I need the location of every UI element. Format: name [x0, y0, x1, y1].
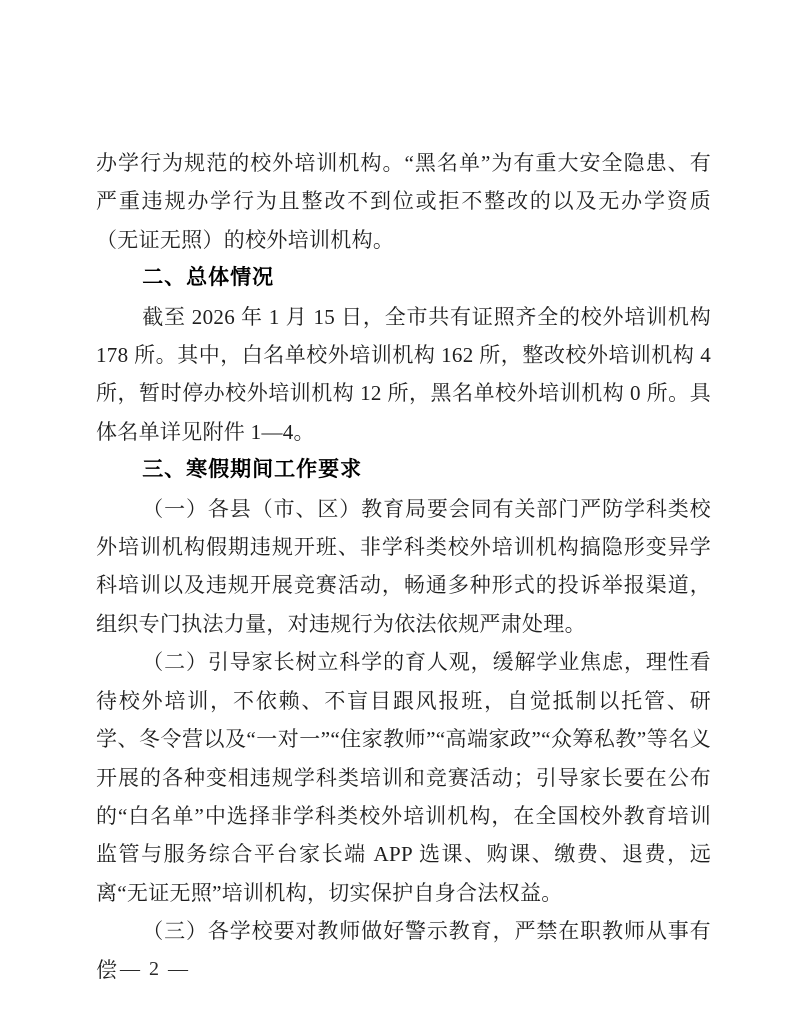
document-body: 办学行为规范的校外培训机构。“黑名单”为有重大安全隐患、有严重违规办学行为且整改… [96, 144, 711, 989]
paragraph-continuation: 办学行为规范的校外培训机构。“黑名单”为有重大安全隐患、有严重违规办学行为且整改… [96, 144, 711, 259]
paragraph-overview-stats: 截至 2026 年 1 月 15 日，全市共有证照齐全的校外培训机构 178 所… [96, 298, 711, 452]
section-heading-overview: 二、总体情况 [96, 259, 711, 297]
paragraph-requirement-2: （二）引导家长树立科学的育人观，缓解学业焦虑，理性看待校外培训，不依赖、不盲目跟… [96, 643, 711, 912]
page-number: — 2 — [120, 950, 190, 988]
document-page: 办学行为规范的校外培训机构。“黑名单”为有重大安全隐患、有严重违规办学行为且整改… [0, 0, 800, 1034]
section-heading-winter-requirements: 三、寒假期间工作要求 [96, 451, 711, 489]
paragraph-requirement-1: （一）各县（市、区）教育局要会同有关部门严防学科类校外培训机构假期违规开班、非学… [96, 490, 711, 644]
